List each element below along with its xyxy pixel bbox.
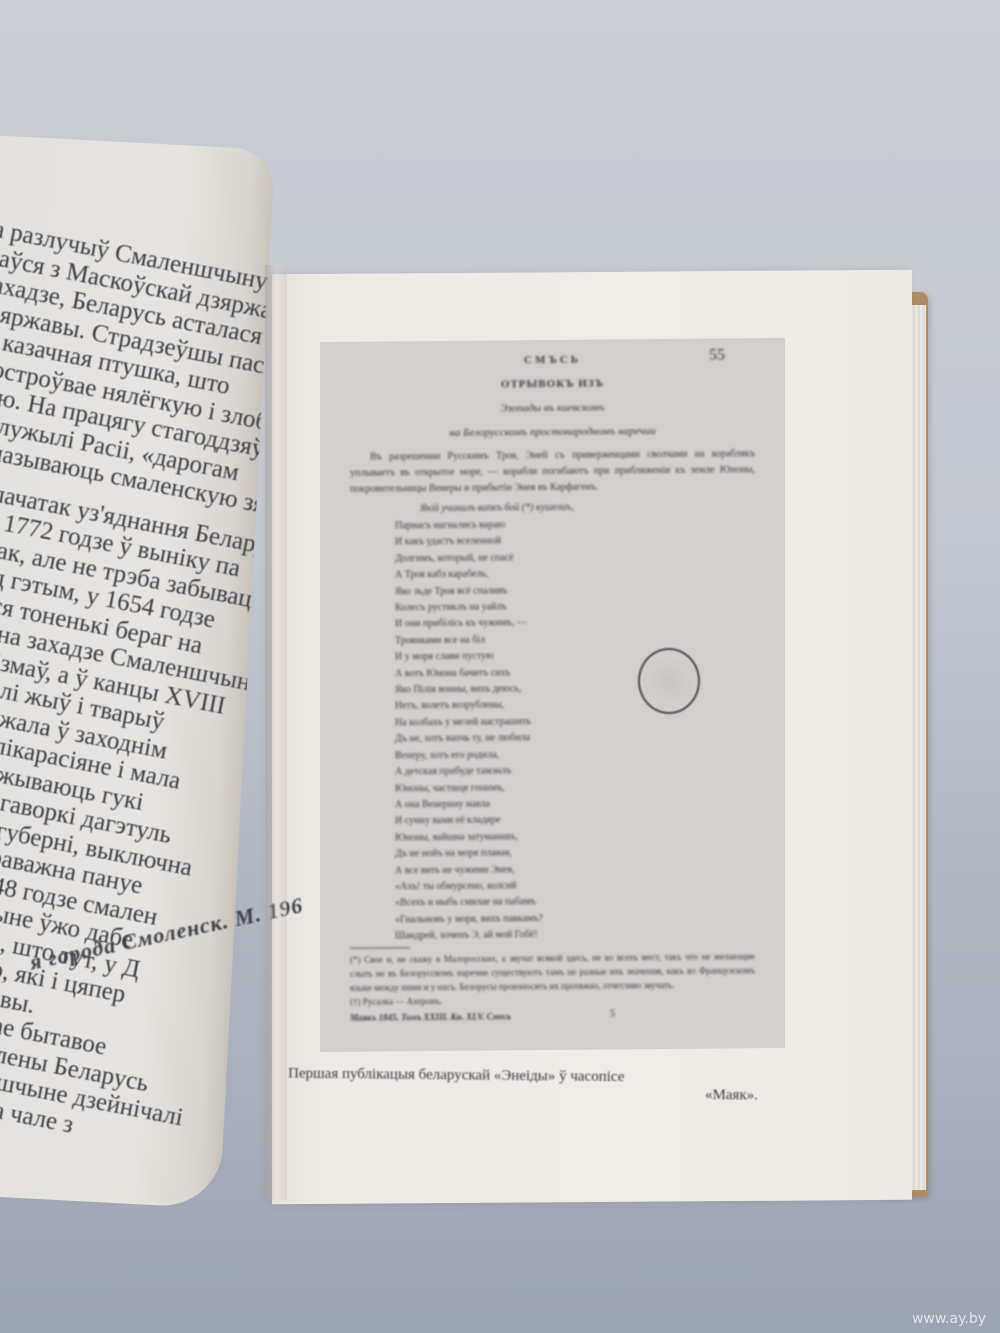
left-page: а разлучыў Смаленшчыну з Бетаўся з Маско… — [0, 134, 275, 1209]
facsimile-footnote-1: (*) Свое и, не скажу в Малоросских, а зв… — [350, 949, 755, 995]
caption-line-1: Першая публікацыя беларускай «Энеіды» ў … — [288, 1066, 624, 1086]
facsimile-plate: СМЪСЬ 55 ОТРЫВОКЪ ИЗЪ Эзопады въ киевско… — [320, 338, 785, 1052]
book-gutter — [265, 265, 287, 1200]
facsimile-subtitle: Эзопады въ киевскомъ — [350, 400, 755, 416]
footnote-divider — [350, 947, 410, 949]
facsimile-subtitle-2: на Белорусскомъ простонародномъ наречии — [350, 424, 755, 440]
library-stamp-icon — [638, 648, 700, 714]
facsimile-verse: Парнасъ нагнались вараюИ какъ удастъ все… — [395, 515, 755, 945]
facsimile-signature-mark: 5 — [610, 1008, 615, 1019]
facsimile-imprint: Маякъ 1845. Томъ XXIII. Кн. XLV. Смесь — [350, 1009, 755, 1023]
facsimile-footnote-2: (†) Русалка — Ахеронъ. — [350, 991, 755, 1009]
facsimile-title: ОТРЫВОКЪ ИЗЪ — [350, 376, 755, 392]
facsimile-epigraph: Якiй учинилъ вапкъ бой (*) кушелиъ, — [420, 500, 755, 514]
facsimile-page-number: 55 — [709, 346, 725, 364]
site-watermark: www.ay.by — [912, 1311, 986, 1327]
facsimile-intro-paragraph: Въ разрешении Русскимъ Троя, Эней съ при… — [350, 446, 755, 498]
photo-scene: а разлучыў Смаленшчыну з Бетаўся з Маско… — [0, 0, 1000, 1333]
verse-line: Шандрей, хоченъ Э, ай мой Гобё! — [395, 925, 755, 945]
right-page-caption: Першая публікацыя беларускай «Энеіды» ў … — [288, 1066, 758, 1105]
left-page-body-text: а разлучыў Смаленшчыну з Бетаўся з Маско… — [0, 215, 275, 1148]
facsimile-running-head: СМЪСЬ — [350, 352, 755, 368]
